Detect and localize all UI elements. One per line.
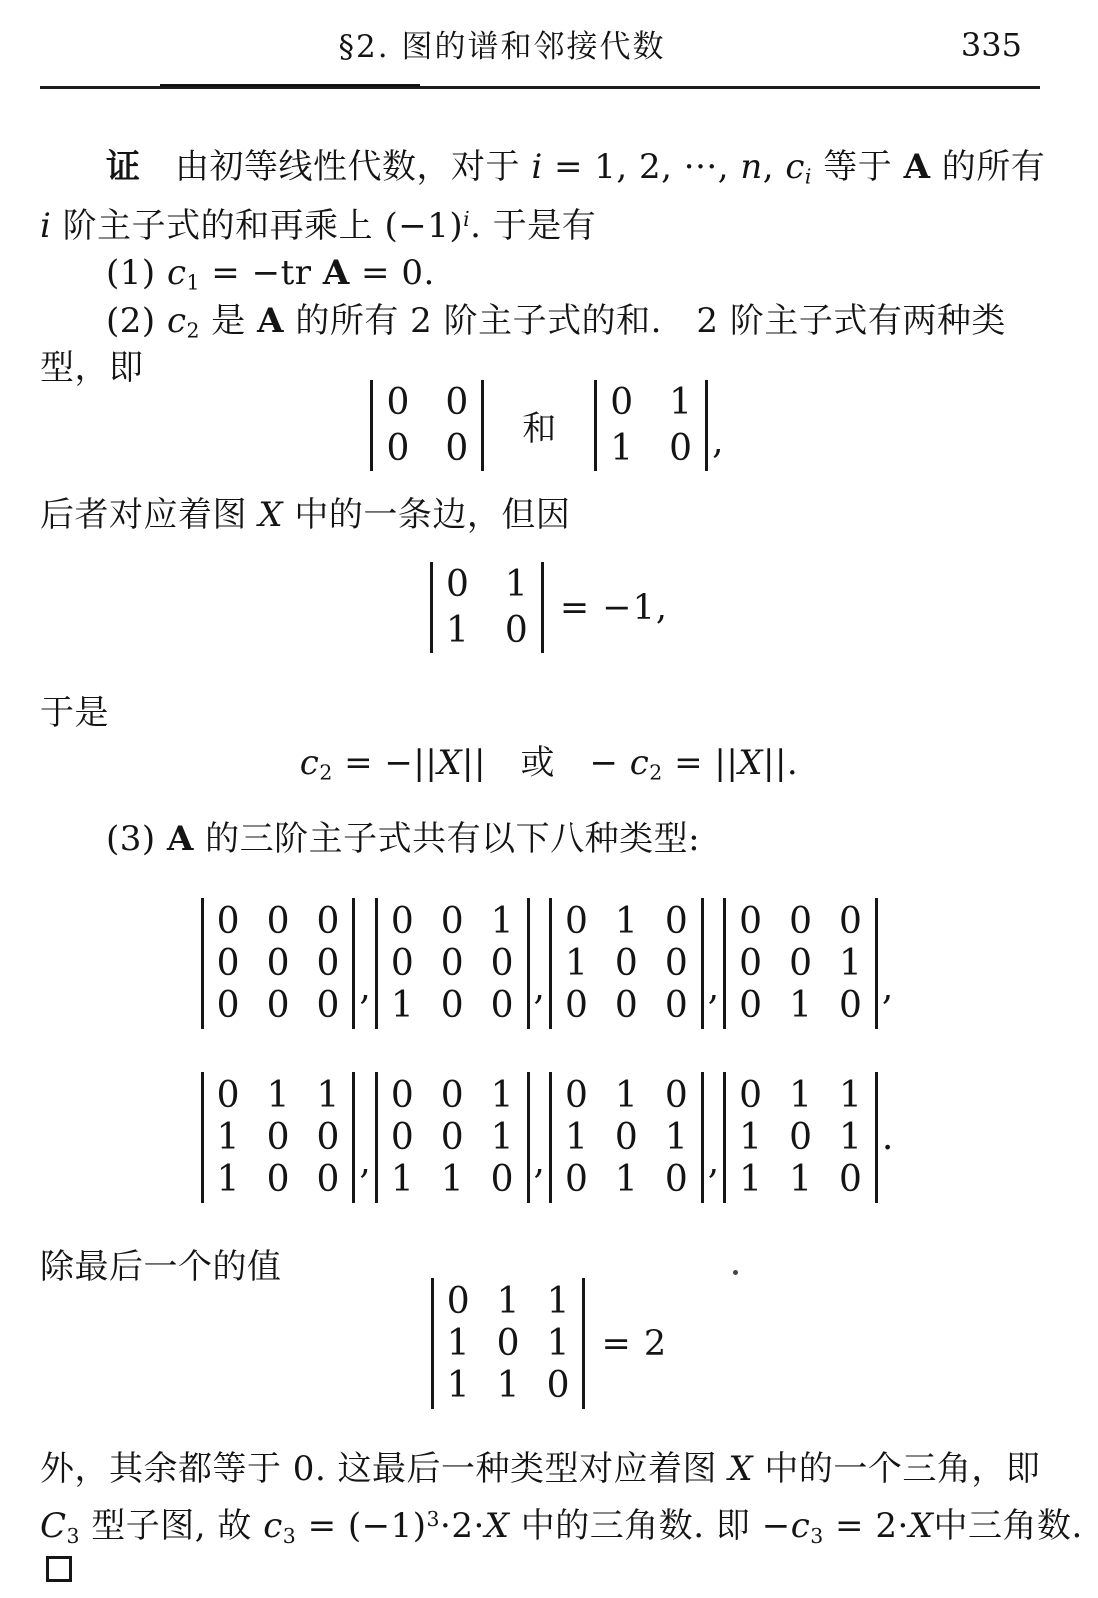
det-cell: 1 bbox=[447, 1325, 470, 1362]
text-segment: c bbox=[630, 743, 650, 783]
determinant-3x3-triangle: 011101110 bbox=[431, 1278, 586, 1409]
period-separator: . bbox=[882, 1117, 893, 1158]
det-cell: 0 bbox=[491, 1161, 514, 1198]
det-cell: 0 bbox=[316, 1119, 339, 1156]
book-page: §2. 图的谱和邻接代数 335 证 由初等线性代数，对于 i = 1, 2, … bbox=[0, 0, 1098, 1598]
text-segment: (1) bbox=[106, 253, 167, 293]
text-segment: 中的三角数. 即 − bbox=[509, 1506, 790, 1546]
det-cell: 0 bbox=[547, 1367, 570, 1404]
determinant-3x3-8: 011101110 bbox=[723, 1072, 878, 1203]
det-cell: 1 bbox=[316, 1077, 339, 1114]
comma-separator: , bbox=[534, 967, 545, 1008]
det-cell: 1 bbox=[669, 384, 692, 421]
det-cell: 1 bbox=[446, 612, 469, 649]
det-cell: 0 bbox=[839, 903, 862, 940]
determinant-row-3x3-second: 011100100 , 001001110 , 010101010 , 0111… bbox=[0, 1072, 1098, 1203]
text-segment: 3 bbox=[427, 1507, 440, 1531]
det-cell: 1 bbox=[491, 903, 514, 940]
det-cell: 1 bbox=[789, 1161, 812, 1198]
edge-determinant-equals: = −1, bbox=[560, 588, 668, 628]
text-segment: X bbox=[728, 1449, 753, 1489]
determinant-3x3-3: 010100000 bbox=[549, 898, 704, 1029]
det-cell: 1 bbox=[505, 566, 528, 603]
text-segment: X bbox=[738, 743, 763, 783]
det-cell: 0 bbox=[441, 1119, 464, 1156]
text-segment: A bbox=[257, 301, 284, 341]
proof-item-1: (1) c1 = −tr A = 0. bbox=[106, 252, 435, 304]
text-segment: 于是 bbox=[40, 693, 109, 733]
text-segment: c bbox=[791, 1506, 811, 1546]
determinant-3x3-4: 000001010 bbox=[723, 898, 878, 1029]
det-cell: 1 bbox=[491, 1077, 514, 1114]
text-segment: 的所有 2 阶主子式的和. bbox=[284, 301, 662, 341]
determinant-3x3-1: 000000000 bbox=[201, 898, 356, 1029]
text-segment: 1 bbox=[187, 271, 200, 295]
determinant-row-2x2: 0000 和 0110 , bbox=[0, 380, 1098, 471]
det-cell: 1 bbox=[839, 1077, 862, 1114]
det-cell: 1 bbox=[615, 1077, 638, 1114]
det-cell: 0 bbox=[839, 987, 862, 1024]
text-segment: 等于 bbox=[812, 147, 904, 187]
det-cell: 0 bbox=[739, 945, 762, 982]
text-segment: ||. bbox=[763, 743, 798, 783]
text-segment: X bbox=[485, 1506, 510, 1546]
text-segment: || bbox=[462, 743, 486, 783]
text-segment: A bbox=[323, 253, 350, 293]
det-cell: 0 bbox=[665, 1077, 688, 1114]
and-word: 和 bbox=[522, 401, 556, 450]
proof-item-2-line-1: (2) c2 是 A 的所有 2 阶主子式的和. 2 阶主子式有两种类 bbox=[106, 300, 1006, 352]
text-segment: 由初等线性代数，对于 bbox=[141, 147, 532, 187]
text-segment: X bbox=[437, 743, 462, 783]
det-cell: 0 bbox=[267, 1119, 290, 1156]
text-segment: (3) bbox=[106, 819, 167, 859]
determinant-3x3-7: 010101010 bbox=[549, 1072, 704, 1203]
text-segment: c bbox=[300, 743, 320, 783]
det-cell: 0 bbox=[789, 903, 812, 940]
det-cell: 1 bbox=[497, 1283, 520, 1320]
det-cell: 0 bbox=[267, 903, 290, 940]
text-segment: i bbox=[531, 147, 542, 187]
text-segment: A bbox=[167, 819, 194, 859]
det-cell: 0 bbox=[665, 903, 688, 940]
determinant-2x2-edge-value: 0110 bbox=[430, 562, 544, 653]
det-cell: 0 bbox=[446, 566, 469, 603]
text-segment: n bbox=[740, 147, 762, 187]
det-cell: 1 bbox=[789, 987, 812, 1024]
text-segment: c bbox=[167, 253, 187, 293]
determinant-2x2-edge: 0110 bbox=[594, 380, 708, 471]
text-segment: 3 bbox=[810, 1524, 823, 1548]
det-cell: 0 bbox=[391, 945, 414, 982]
section-title: §2. 图的谱和邻接代数 bbox=[0, 28, 1004, 66]
det-cell: 1 bbox=[565, 1119, 588, 1156]
text-segment: − bbox=[589, 743, 629, 783]
comma-separator: , bbox=[712, 421, 723, 462]
text-segment: 2 bbox=[649, 761, 662, 785]
determinant-3x3-5: 011100100 bbox=[201, 1072, 356, 1203]
text-segment: = −|| bbox=[333, 743, 438, 783]
det-cell: 0 bbox=[491, 945, 514, 982]
proof-line-1: 证 由初等线性代数，对于 i = 1, 2, ···, n, ci 等于 A 的… bbox=[106, 146, 1045, 198]
text-segment: 2 bbox=[187, 319, 200, 343]
determinant-3x3-6: 001001110 bbox=[375, 1072, 530, 1203]
comma-separator: , bbox=[359, 1141, 370, 1182]
text-segment: 或 bbox=[486, 743, 590, 783]
det-cell: 1 bbox=[217, 1161, 240, 1198]
det-cell: 0 bbox=[505, 612, 528, 649]
det-cell: 0 bbox=[217, 945, 240, 982]
det-cell: 0 bbox=[217, 903, 240, 940]
det-cell: 0 bbox=[789, 1119, 812, 1156]
comma-separator: , bbox=[882, 967, 893, 1008]
text-segment: 2 阶主子式有两种类 bbox=[662, 301, 1006, 341]
text-segment: 外，其余都等于 0. 这最后一种类型对应着图 bbox=[40, 1449, 728, 1489]
determinant-row-edge-eq: 0110 = −1, bbox=[0, 562, 1098, 653]
header-rule bbox=[40, 86, 1040, 89]
text-segment: , bbox=[763, 147, 786, 187]
det-cell: 1 bbox=[497, 1367, 520, 1404]
text-segment: 3 bbox=[283, 1524, 296, 1548]
det-cell: 0 bbox=[445, 430, 468, 467]
det-cell: 1 bbox=[547, 1283, 570, 1320]
text-segment: c bbox=[167, 301, 187, 341]
det-cell: 0 bbox=[665, 987, 688, 1024]
comma-separator: , bbox=[359, 967, 370, 1008]
text-segment: 后者对应着图 bbox=[40, 495, 258, 535]
det-cell: 0 bbox=[445, 384, 468, 421]
det-cell: 0 bbox=[217, 987, 240, 1024]
det-cell: 0 bbox=[391, 1077, 414, 1114]
text-segment: = (−1) bbox=[296, 1506, 426, 1546]
text-segment: 的三阶主子式共有以下八种类型: bbox=[194, 819, 700, 859]
det-cell: 0 bbox=[316, 987, 339, 1024]
text-segment: c bbox=[263, 1506, 283, 1546]
det-cell: 1 bbox=[447, 1367, 470, 1404]
text-segment: X bbox=[258, 495, 283, 535]
det-cell: 1 bbox=[217, 1119, 240, 1156]
det-cell: 0 bbox=[739, 1077, 762, 1114]
det-cell: 0 bbox=[665, 1161, 688, 1198]
text-segment: 中三角数. bbox=[934, 1506, 1083, 1546]
page-number: 335 bbox=[961, 26, 1022, 64]
triangle-determinant-equals: = 2 bbox=[601, 1324, 667, 1364]
det-cell: 0 bbox=[267, 987, 290, 1024]
det-cell: 1 bbox=[547, 1325, 570, 1362]
det-cell: 1 bbox=[739, 1119, 762, 1156]
text-segment: (2) bbox=[106, 301, 167, 341]
det-cell: 1 bbox=[267, 1077, 290, 1114]
det-cell: 0 bbox=[789, 945, 812, 982]
det-cell: 0 bbox=[565, 1161, 588, 1198]
det-cell: 1 bbox=[789, 1077, 812, 1114]
det-cell: 0 bbox=[497, 1325, 520, 1362]
text-segment: 2 bbox=[319, 761, 332, 785]
det-cell: 0 bbox=[739, 987, 762, 1024]
det-cell: 0 bbox=[386, 384, 409, 421]
det-cell: 1 bbox=[491, 1119, 514, 1156]
comma-separator: , bbox=[708, 967, 719, 1008]
determinant-row-3x3-first: 000000000 , 001000100 , 010100000 , 0000… bbox=[0, 898, 1098, 1029]
det-cell: 1 bbox=[565, 945, 588, 982]
det-cell: 0 bbox=[391, 903, 414, 940]
det-cell: 0 bbox=[441, 1077, 464, 1114]
det-cell: 0 bbox=[316, 1161, 339, 1198]
det-cell: 0 bbox=[665, 945, 688, 982]
det-cell: 0 bbox=[386, 430, 409, 467]
text-segment: = 0. bbox=[350, 253, 435, 293]
text-segment: 是 bbox=[200, 301, 257, 341]
text-segment: X bbox=[909, 1506, 934, 1546]
text-segment: = || bbox=[663, 743, 739, 783]
det-cell: 1 bbox=[739, 1161, 762, 1198]
comma-separator: , bbox=[534, 1141, 545, 1182]
comma-separator: , bbox=[708, 1141, 719, 1182]
text-segment: c bbox=[785, 147, 805, 187]
det-cell: 0 bbox=[217, 1077, 240, 1114]
det-cell: 0 bbox=[491, 987, 514, 1024]
det-cell: 1 bbox=[839, 1119, 862, 1156]
det-cell: 0 bbox=[669, 430, 692, 467]
text-segment: i bbox=[40, 206, 51, 246]
det-cell: 0 bbox=[739, 903, 762, 940]
text-segment: 证 bbox=[106, 147, 141, 187]
det-cell: 1 bbox=[391, 987, 414, 1024]
text-segment: 的所有 bbox=[930, 147, 1045, 187]
det-cell: 0 bbox=[441, 987, 464, 1024]
det-cell: 1 bbox=[839, 945, 862, 982]
text-segment: 型子图, 故 bbox=[80, 1506, 263, 1546]
det-cell: 0 bbox=[615, 987, 638, 1024]
determinant-3x3-2: 001000100 bbox=[375, 898, 530, 1029]
det-cell: 0 bbox=[615, 945, 638, 982]
det-cell: 0 bbox=[316, 945, 339, 982]
yushi-word: 于是 bbox=[40, 692, 109, 734]
text-segment: = −tr bbox=[200, 253, 323, 293]
det-cell: 0 bbox=[565, 903, 588, 940]
edge-sentence: 后者对应着图 X 中的一条边，但因 bbox=[40, 494, 570, 536]
text-segment: 3 bbox=[67, 1524, 80, 1548]
det-cell: 0 bbox=[316, 903, 339, 940]
text-segment: i bbox=[805, 165, 812, 189]
det-cell: 0 bbox=[441, 903, 464, 940]
det-cell: 1 bbox=[391, 1161, 414, 1198]
det-cell: 0 bbox=[610, 384, 633, 421]
det-cell: 1 bbox=[665, 1119, 688, 1156]
determinant-row-triangle: 011101110 = 2 bbox=[0, 1278, 1098, 1409]
qed-box bbox=[46, 1556, 72, 1582]
text-segment: 中的一个三角，即 bbox=[753, 1449, 1040, 1489]
text-segment: 阶主子式的和再乘上 (−1) bbox=[51, 206, 463, 246]
det-cell: 0 bbox=[267, 1161, 290, 1198]
text-segment: . 于是有 bbox=[470, 206, 596, 246]
c2-equation: c2 = −||X|| 或 − c2 = ||X||. bbox=[300, 742, 798, 794]
final-line-1: 外，其余都等于 0. 这最后一种类型对应着图 X 中的一个三角，即 bbox=[40, 1448, 1040, 1490]
det-cell: 1 bbox=[610, 430, 633, 467]
text-segment: ·2· bbox=[440, 1506, 485, 1546]
text-segment: A bbox=[904, 147, 931, 187]
c2-equation-row: c2 = −||X|| 或 − c2 = ||X||. bbox=[0, 742, 1098, 794]
text-segment: 中的一条边，但因 bbox=[283, 495, 570, 535]
det-cell: 0 bbox=[391, 1119, 414, 1156]
text-segment: C bbox=[40, 1506, 67, 1546]
determinant-2x2-zero: 0000 bbox=[370, 380, 484, 471]
det-cell: 0 bbox=[615, 1119, 638, 1156]
det-cell: 0 bbox=[441, 945, 464, 982]
final-line-2: C3 型子图, 故 c3 = (−1)3·2·X 中的三角数. 即 −c3 = … bbox=[40, 1498, 1083, 1557]
scan-artifact-dot bbox=[733, 1270, 738, 1275]
det-cell: 1 bbox=[615, 903, 638, 940]
det-cell: 0 bbox=[839, 1161, 862, 1198]
det-cell: 0 bbox=[267, 945, 290, 982]
det-cell: 0 bbox=[565, 1077, 588, 1114]
text-segment: = 1, 2, ···, bbox=[543, 147, 741, 187]
text-segment: = 2· bbox=[824, 1506, 909, 1546]
proof-item-3: (3) A 的三阶主子式共有以下八种类型: bbox=[106, 818, 700, 860]
det-cell: 0 bbox=[565, 987, 588, 1024]
det-cell: 1 bbox=[615, 1161, 638, 1198]
det-cell: 1 bbox=[441, 1161, 464, 1198]
det-cell: 0 bbox=[447, 1283, 470, 1320]
proof-line-2: i 阶主子式的和再乘上 (−1)i. 于是有 bbox=[40, 198, 596, 247]
